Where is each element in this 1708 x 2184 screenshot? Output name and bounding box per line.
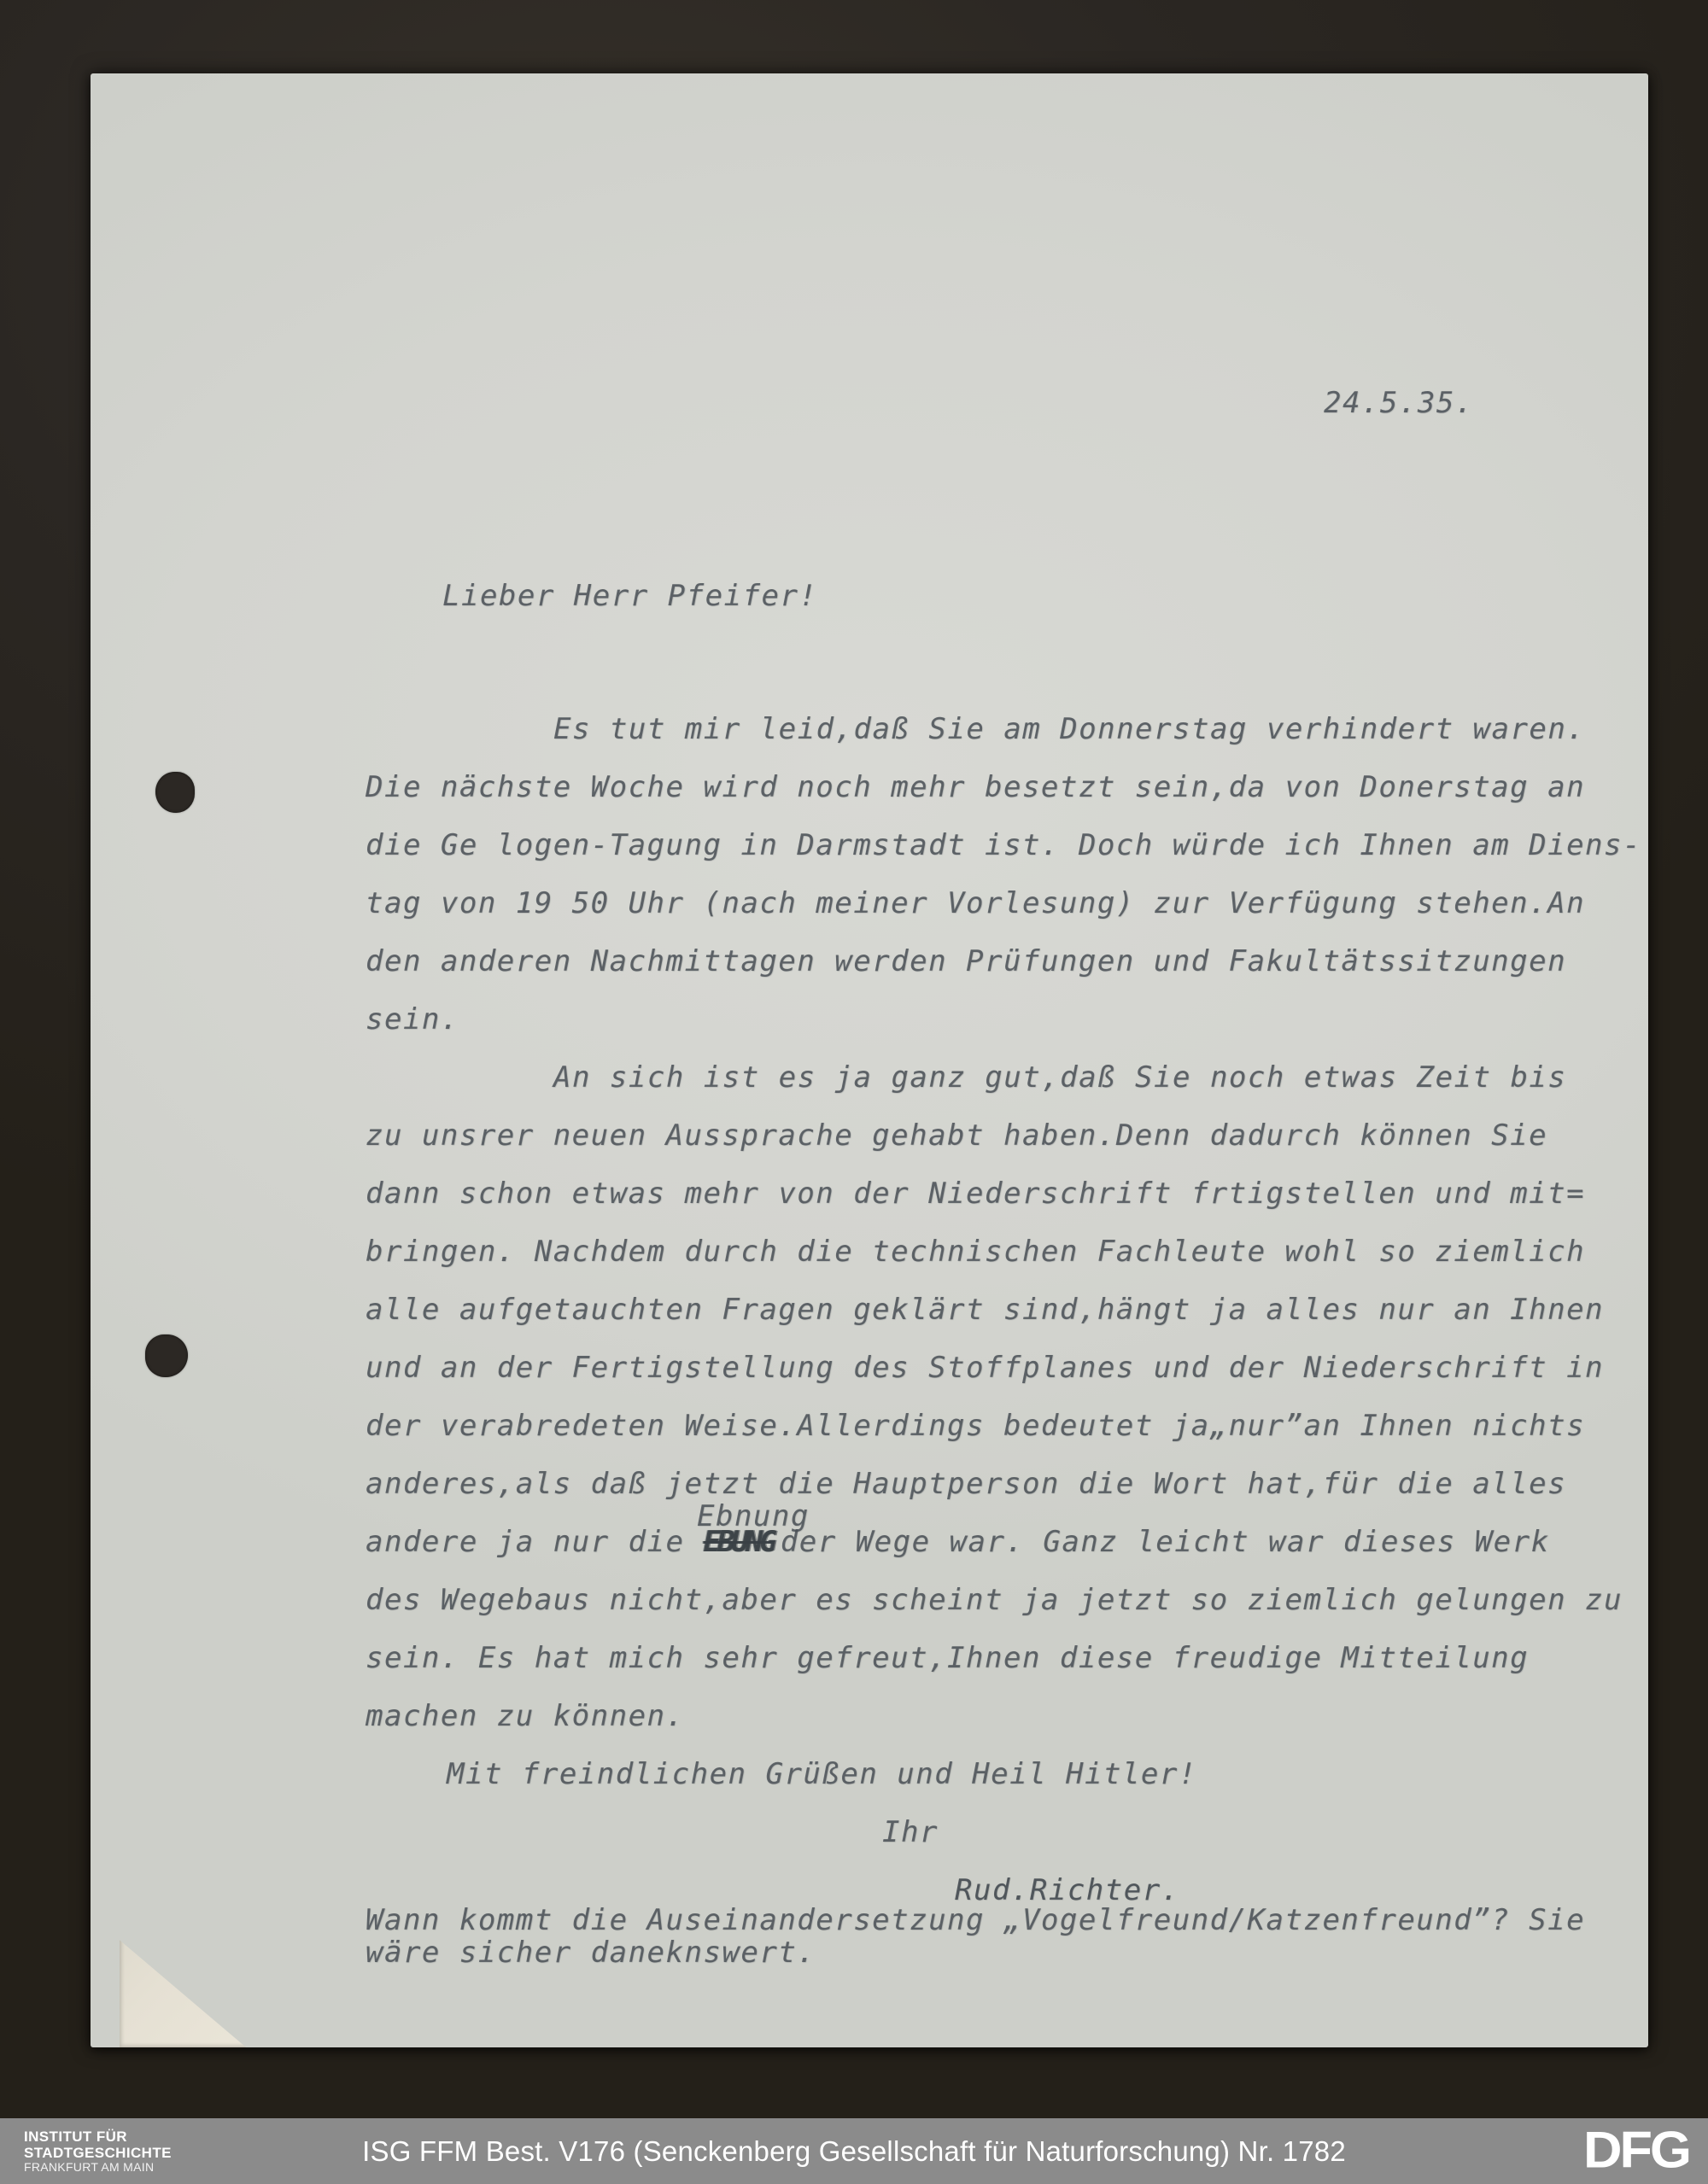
archive-caption: ISG FFM Best. V176 (Senckenberg Gesellsc… bbox=[0, 2135, 1708, 2168]
footer-bar: INSTITUT FÜR STADTGESCHICHTE FRANKFURT A… bbox=[0, 2118, 1708, 2184]
archival-scan-page: { "letter": { "date": "24.5.35.", "salut… bbox=[0, 0, 1708, 2184]
body-line: tag von 19 50 Uhr (nach meiner Vorlesung… bbox=[366, 874, 1672, 932]
letter-date: 24.5.35. bbox=[1324, 386, 1474, 420]
punch-hole-top bbox=[155, 772, 195, 813]
postscript: Wann kommt die Auseinandersetzung „Vogel… bbox=[366, 1904, 1672, 1969]
body-line: sein. Es hat mich sehr gefreut,Ihnen die… bbox=[366, 1629, 1672, 1687]
body-line: dann schon etwas mehr von der Niederschr… bbox=[366, 1165, 1672, 1223]
line-text-after: der Wege war. Ganz leicht war dieses Wer… bbox=[781, 1525, 1550, 1559]
postscript-line: wäre sicher daneknswert. bbox=[366, 1936, 1672, 1969]
dfg-logo: DFG bbox=[1583, 2121, 1689, 2180]
punch-hole-bottom bbox=[145, 1334, 188, 1377]
line-text-before: andere ja nur die bbox=[366, 1525, 703, 1559]
body-line: machen zu können. bbox=[366, 1687, 1672, 1745]
signature-intro: Ihr bbox=[366, 1803, 1672, 1861]
body-line: anderes,als daß jetzt die Hauptperson di… bbox=[366, 1455, 1672, 1513]
body-line: Es tut mir leid,daß Sie am Donnerstag ve… bbox=[366, 700, 1672, 758]
corner-fold bbox=[120, 1902, 282, 2047]
letter-body: Es tut mir leid,daß Sie am Donnerstag ve… bbox=[366, 700, 1672, 1969]
postscript-line: Wann kommt die Auseinandersetzung „Vogel… bbox=[366, 1904, 1672, 1936]
closing-line: Mit freindlichen Grüßen und Heil Hitler! bbox=[366, 1745, 1672, 1803]
body-line: sein. bbox=[366, 990, 1672, 1048]
body-line: An sich ist es ja ganz gut,daß Sie noch … bbox=[366, 1048, 1672, 1107]
letter-paper: 24.5.35. Lieber Herr Pfeifer! Es tut mir… bbox=[91, 73, 1648, 2047]
correction-word: Ebnung bbox=[697, 1499, 810, 1533]
body-line-with-correction: Ebnungandere ja nur die EBUNGder Wege wa… bbox=[366, 1513, 1672, 1571]
letter-salutation: Lieber Herr Pfeifer! bbox=[442, 579, 817, 613]
body-line: bringen. Nachdem durch die technischen F… bbox=[366, 1223, 1672, 1281]
body-line: alle aufgetauchten Fragen geklärt sind,h… bbox=[366, 1281, 1672, 1339]
body-line: des Wegebaus nicht,aber es scheint ja je… bbox=[366, 1571, 1672, 1629]
body-line: den anderen Nachmittagen werden Prüfunge… bbox=[366, 932, 1672, 990]
body-line: und an der Fertigstellung des Stoffplane… bbox=[366, 1339, 1672, 1397]
body-line: die Ge logen-Tagung in Darmstadt ist. Do… bbox=[366, 816, 1672, 874]
body-line: der verabredeten Weise.Allerdings bedeut… bbox=[366, 1397, 1672, 1455]
body-line: zu unsrer neuen Aussprache gehabt haben.… bbox=[366, 1107, 1672, 1165]
body-line: Die nächste Woche wird noch mehr besetzt… bbox=[366, 758, 1672, 816]
